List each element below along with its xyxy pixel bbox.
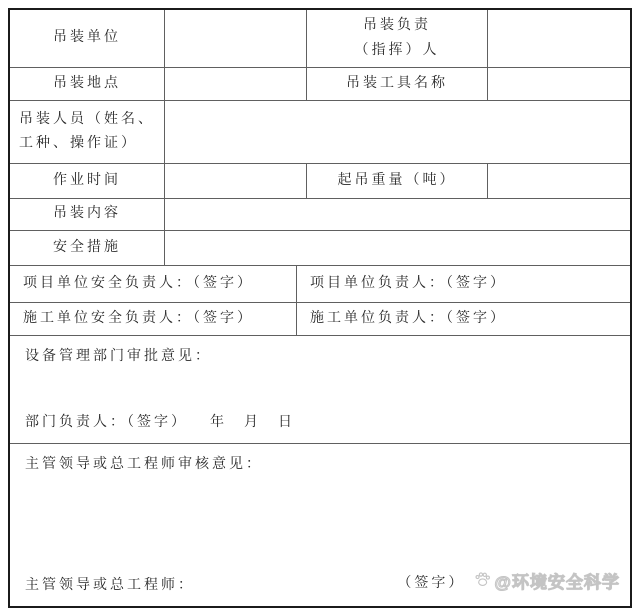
equipment-dept-cell: 设备管理部门审批意见： 部门负责人：（签字） 年 月 日 [10,336,630,443]
tool-value-cell [488,68,630,100]
personnel-label-line1: 吊装人员（姓名、 [19,108,155,132]
leader-label-line1: 吊装负责 [363,14,431,38]
equipment-dept-title: 设备管理部门审批意见： [25,347,614,367]
tool-label: 吊装工具名称 [346,74,448,94]
watermark-text: @环境安全科学 [494,571,620,596]
row-personnel: 吊装人员（姓名、 工种、操作证） [10,101,630,164]
row-equipment-dept-approval: 设备管理部门审批意见： 部门负责人：（签字） 年 月 日 [10,336,630,444]
unit-value-cell [165,10,307,67]
construction-head-sign-label: 施工单位负责人：（签字） [310,309,507,329]
unit-label-cell: 吊装单位 [10,10,165,67]
chief-review-title: 主管领导或总工程师审核意见： [25,455,614,475]
time-label-cell: 作业时间 [10,164,165,198]
chief-sign-group: （签字） @环境安全科学 [397,571,614,596]
time-value-cell [165,164,307,198]
chief-review-cell: 主管领导或总工程师审核意见： 主管领导或总工程师： （签字） [10,444,630,606]
dept-date-label: 年 月 日 [210,413,295,433]
weight-label-cell: 起吊重量（吨） [307,164,488,198]
row-time-weight: 作业时间 起吊重量（吨） [10,164,630,199]
watermark: @环境安全科学 [474,571,620,596]
personnel-label-cell: 吊装人员（姓名、 工种、操作证） [10,101,165,163]
location-label-cell: 吊装地点 [10,68,165,100]
leader-label-cell: 吊装负责 （指挥）人 [307,10,488,67]
row-construction-signatures: 施工单位安全负责人：（签字） 施工单位负责人：（签字） [10,303,630,336]
chief-sign-label: 主管领导或总工程师： [25,576,195,596]
location-value-cell [165,68,307,100]
project-safety-sign-cell: 项目单位安全负责人：（签字） [10,266,297,302]
paw-icon [474,571,491,596]
row-content: 吊装内容 [10,199,630,231]
measures-value-cell [165,231,630,265]
measures-label: 安全措施 [53,238,121,258]
chief-sign-hint: （签字） [397,574,465,594]
row-project-signatures: 项目单位安全负责人：（签字） 项目单位负责人：（签字） [10,266,630,303]
personnel-label-line2: 工种、操作证） [19,132,138,156]
content-value-cell [165,199,630,230]
construction-head-sign-cell: 施工单位负责人：（签字） [297,303,630,335]
leader-value-cell [488,10,630,67]
location-label: 吊装地点 [53,74,121,94]
construction-safety-sign-label: 施工单位安全负责人：（签字） [23,309,254,329]
time-label: 作业时间 [53,171,121,191]
weight-label: 起吊重量（吨） [338,171,457,191]
equipment-dept-footer: 部门负责人：（签字） 年 月 日 [25,413,614,433]
row-unit-leader: 吊装单位 吊装负责 （指挥）人 [10,10,630,68]
row-measures: 安全措施 [10,231,630,266]
tool-label-cell: 吊装工具名称 [307,68,488,100]
personnel-value-cell [165,101,630,163]
unit-label: 吊装单位 [53,28,121,48]
measures-label-cell: 安全措施 [10,231,165,265]
content-label-cell: 吊装内容 [10,199,165,230]
content-label: 吊装内容 [53,204,121,224]
chief-review-footer: 主管领导或总工程师： （签字） @环境安全科学 [25,571,614,596]
dept-head-sign-label: 部门负责人：（签字） [25,413,188,433]
row-chief-review: 主管领导或总工程师审核意见： 主管领导或总工程师： （签字） [10,444,630,606]
project-safety-sign-label: 项目单位安全负责人：（签字） [23,274,254,294]
project-head-sign-label: 项目单位负责人：（签字） [310,274,507,294]
hoisting-operation-permit-form: 吊装单位 吊装负责 （指挥）人 吊装地点 吊装工具名称 吊装人员（姓名、 [8,8,632,608]
form-table: 吊装单位 吊装负责 （指挥）人 吊装地点 吊装工具名称 吊装人员（姓名、 [8,8,632,608]
construction-safety-sign-cell: 施工单位安全负责人：（签字） [10,303,297,335]
leader-label-line2: （指挥）人 [355,39,440,63]
weight-value-cell [488,164,630,198]
row-location-tool: 吊装地点 吊装工具名称 [10,68,630,101]
project-head-sign-cell: 项目单位负责人：（签字） [297,266,630,302]
